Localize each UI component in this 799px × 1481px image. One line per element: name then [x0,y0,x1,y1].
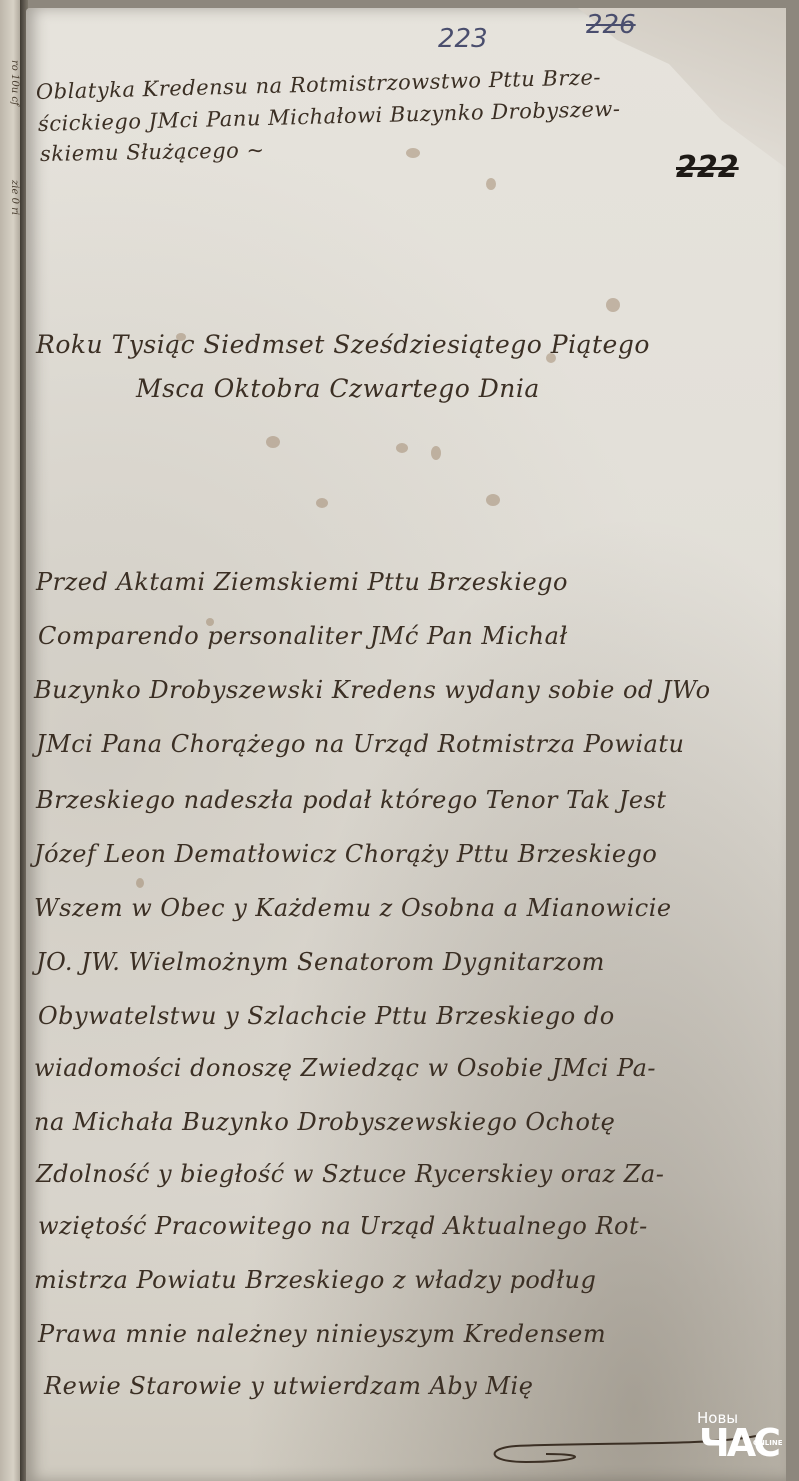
watermark-sub-text: ONLINE [753,1439,783,1447]
ink-stain [486,494,500,506]
heading-line: Oblatyka Kredensu na Rotmistrzowstwo Ptt… [36,65,602,104]
body-line: wziętość Pracowitego na Urząd Aktualnego… [38,1212,648,1240]
body-line: mistrza Powiatu Brzeskiego z władzy podł… [34,1266,596,1294]
ink-stain [431,446,441,460]
body-line: Rewie Starowie y utwierdzam Aby Mię [44,1372,533,1400]
ink-stain [406,148,420,158]
body-line: Józef Leon Dematłowicz Chorąży Pttu Brze… [34,840,657,868]
date-line: Roku Tysiąc Siedmset Sześdziesiątego Pią… [36,330,650,359]
body-line: Obywatelstwu y Szlachcie Pttu Brzeskiego… [38,1002,615,1030]
left-page-margin-text: ro 10u cf [1,60,19,106]
body-line: JMci Pana Chorążego na Urząd Rotmistrza … [36,730,684,758]
ink-stain [136,878,144,888]
ink-stain [316,498,328,508]
body-line: Buzynko Drobyszewski Kredens wydany sobi… [34,676,711,704]
ink-stain [396,443,408,453]
folio-number-ink: 222 [676,150,739,185]
adjacent-left-page: ro 10u cf zie 0 ri [0,0,22,1481]
ink-stain [606,298,620,312]
body-line: Comparendo personaliter JMć Pan Michał [38,622,568,650]
heading-line: ścickiego JMci Panu Michałowi Buzynko Dr… [38,97,621,136]
heading-line: skiemu Służącego ~ [40,138,265,166]
body-line: na Michała Buzynko Drobyszewskiego Ochot… [34,1108,615,1136]
ink-stain [266,436,280,448]
body-line: Przed Aktami Ziemskiemi Pttu Brzeskiego [36,568,568,596]
left-page-margin-text: zie 0 ri [1,180,19,215]
folio-number-crossed: 226 [586,10,636,40]
folio-number-pencil: 223 [438,24,488,54]
date-line: Msca Oktobra Czwartego Dnia [136,374,540,403]
body-line: Zdolność y biegłość w Sztuce Rycerskiey … [36,1160,664,1188]
body-line: Prawa mnie należney ninieyszym Kredensem [38,1320,606,1348]
body-line: Brzeskiego nadeszła podał którego Tenor … [36,786,667,814]
body-line: JO. JW. Wielmożnym Senatorom Dygnitarzom [36,948,605,976]
ink-stain [486,178,496,190]
manuscript-page: 223 226 222 Oblatyka Kredensu na Rotmist… [26,8,786,1481]
news-watermark-logo: Новы ЧАС ONLINE [695,1409,785,1471]
body-line: Wszem w Obec y Każdemu z Osobna a Mianow… [34,894,672,922]
body-line: wiadomości donoszę Zwiedząc w Osobie JMc… [34,1054,656,1082]
